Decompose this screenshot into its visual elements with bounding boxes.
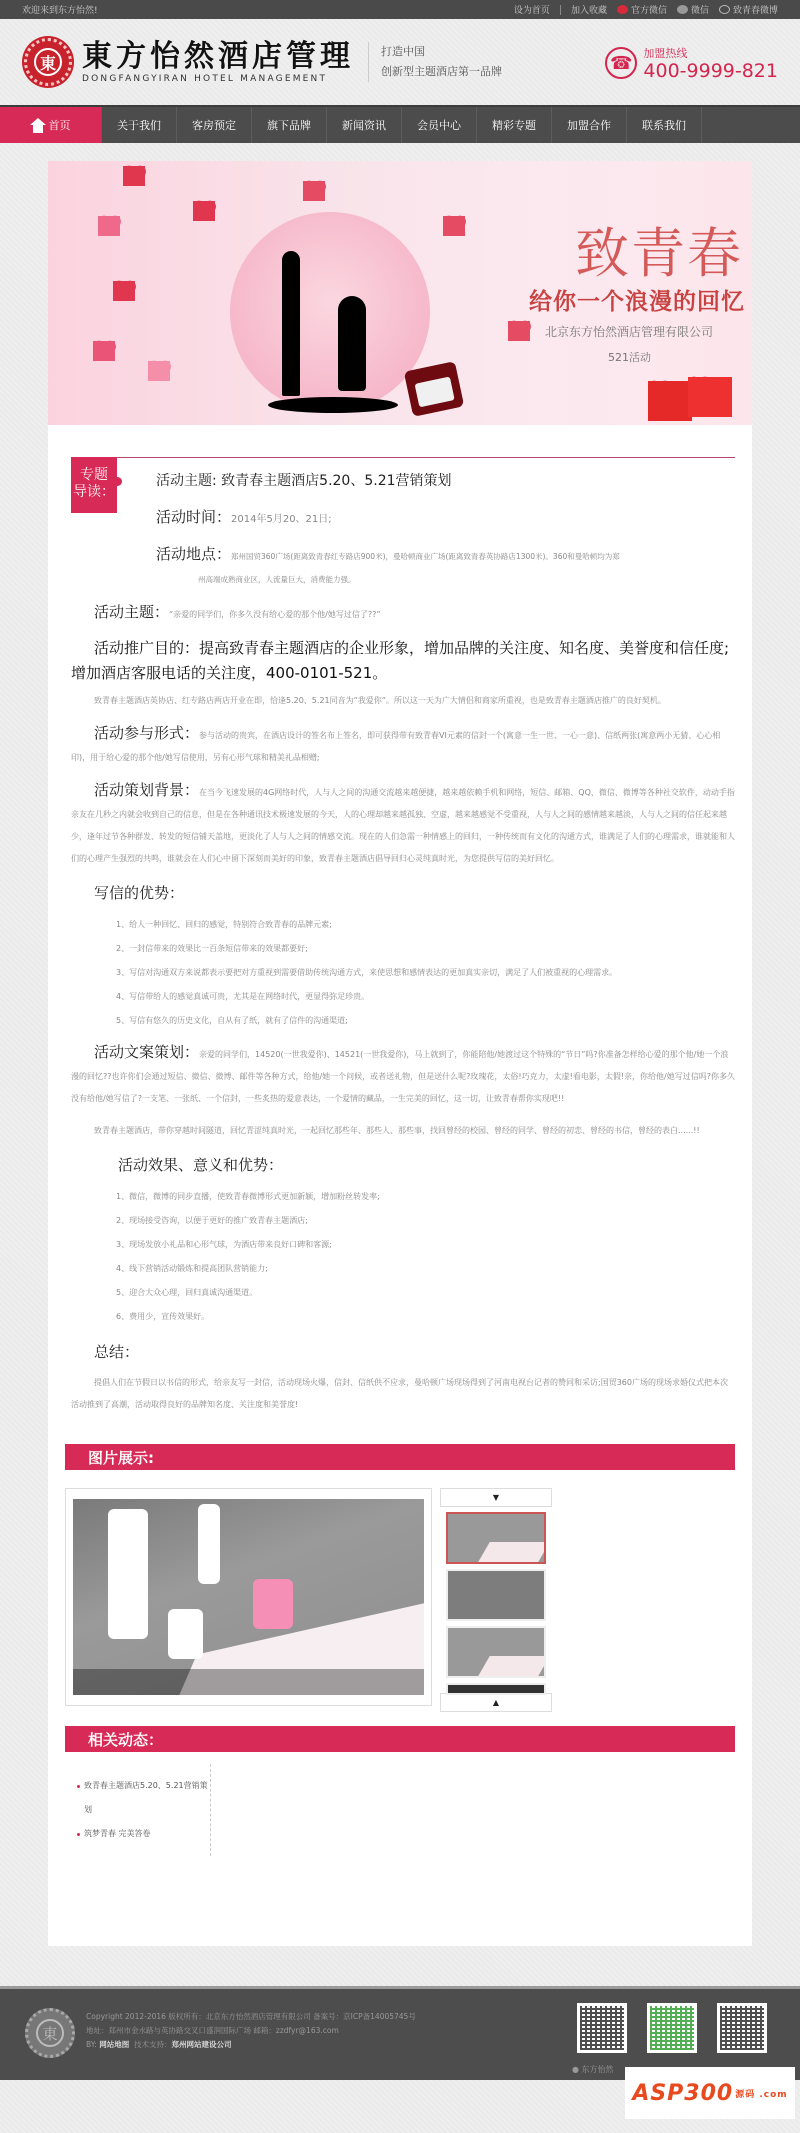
heart-icon: [648, 381, 692, 421]
heart-icon: [123, 166, 145, 186]
sitemap-link[interactable]: 网站地图: [99, 2040, 129, 2049]
background-section: 活动策划背景：在当今飞速发展的4G网络时代，人与人之间的沟通交流越来越便捷，越来…: [71, 779, 735, 870]
thumbnail[interactable]: [446, 1626, 546, 1678]
nav-home[interactable]: 首页: [0, 107, 102, 143]
weibo-icon: [719, 5, 730, 14]
nav-booking[interactable]: 客房预定: [177, 107, 252, 143]
purpose-heading: 活动推广目的：提高致青春主题酒店的企业形象，增加品牌的关注度、知名度、美誉度和信…: [71, 636, 735, 686]
related-news: 致青春主题酒店5.20、5.21营销策划 筑梦青春 完美答卷: [65, 1764, 735, 1946]
main-photo-frame: [65, 1488, 432, 1706]
home-icon: [31, 118, 45, 132]
list-item: 1、微信，微博的同步直播，使致青春微博形式更加新颖，增加粉丝转发率;: [116, 1185, 735, 1209]
banner-title: 致青春: [575, 211, 743, 288]
hotline-label: 加盟热线: [643, 45, 778, 61]
thumbnail[interactable]: [446, 1569, 546, 1621]
main-photo[interactable]: [73, 1499, 424, 1695]
hotline-number: 400-9999-821: [643, 61, 778, 81]
list-item: 2、一封信带来的效果比一百条短信带来的效果都要好;: [116, 937, 735, 961]
summary-heading: 总结：: [94, 1341, 735, 1362]
thumbnail[interactable]: [446, 1683, 546, 1695]
gallery-heading: 图片展示:: [65, 1444, 735, 1470]
thumbnail[interactable]: [446, 1512, 546, 1564]
heart-icon: [113, 281, 135, 301]
heart-icon: [688, 377, 732, 417]
woman-silhouette: [282, 251, 300, 396]
copy-paragraph: 致青春主题酒店，带你穿越时间隧道，回忆青涩纯真时光，一起回忆那些年、那些人、那些…: [71, 1120, 735, 1142]
heart-icon: [148, 361, 170, 381]
divider: [560, 5, 561, 15]
list-item: 4、写信带给人的感觉真诚可贵，尤其是在网络时代，更显得弥足珍贵。: [116, 985, 735, 1009]
wechat-link[interactable]: 微信: [677, 3, 709, 16]
top-bar: 欢迎来到东方怡然! 设为首页 加入收藏 官方微信 微信 致青春微博: [0, 0, 800, 19]
scroll-up-button[interactable]: ▲: [440, 1693, 552, 1712]
heart-icon: [443, 216, 465, 236]
weibo-red-icon: [617, 5, 628, 14]
heart-icon: [508, 321, 530, 341]
list-item: 2、现场接受咨询，以便于更好的推广致青春主题酒店;: [116, 1209, 735, 1233]
scroll-down-button[interactable]: ▼: [440, 1488, 552, 1507]
related-heading: 相关动态：: [65, 1726, 735, 1752]
event-place: 活动地点：郑州国贸360广场(距离致青春红专路店900米)，曼哈顿商业广场(距离…: [156, 543, 735, 568]
top-links: 设为首页 加入收藏 官方微信 微信 致青春微博: [514, 3, 778, 16]
list-item: 3、写信对沟通双方来说都表示要把对方重视到需要借助传统沟通方式，来使思想和感情表…: [116, 961, 735, 985]
site-footer: 東 Copyright 2012-2016 版权所有：北京东方怡然酒店管理有限公…: [0, 1986, 800, 2080]
wechat-icon: [677, 5, 688, 14]
main-content: 致青春 给你一个浪漫的回忆 北京东方怡然酒店管理有限公司 521活动 专题 导读…: [48, 161, 752, 1946]
phone-icon: ☎: [605, 47, 637, 79]
event-banner: 致青春 给你一个浪漫的回忆 北京东方怡然酒店管理有限公司 521活动: [48, 161, 752, 425]
banner-ground: [268, 397, 398, 413]
article: 专题 导读： 活动主题: 致青春主题酒店5.20、5.21营销策划 活动时间：2…: [48, 425, 752, 1946]
logo-english: DONGFANGYIRAN HOTEL MANAGEMENT: [82, 74, 354, 84]
copy-section: 活动文案策划：亲爱的同学们，14520(一世我爱你)、14521(一世我爱你)，…: [71, 1041, 735, 1110]
intro-block: 活动主题: 致青春主题酒店5.20、5.21营销策划 活动时间：2014年5月2…: [71, 458, 735, 568]
wechat-icon: ●: [572, 2065, 582, 2074]
footer-info: Copyright 2012-2016 版权所有：北京东方怡然酒店管理有限公司 …: [86, 2010, 416, 2052]
event-place-cont: 州高端成熟商业区，人流量巨大，消费能力强。: [71, 574, 735, 585]
welcome-text: 欢迎来到东方怡然!: [22, 3, 98, 16]
support-link[interactable]: 郑州网站建设公司: [172, 2040, 232, 2049]
heart-icon: [98, 216, 120, 236]
qr-code-weibo: [717, 2003, 767, 2053]
participation-section: 活动参与形式：参与活动的贵宾，在酒店设计的签名布上签名，即可获得带有致青春VI元…: [71, 722, 735, 769]
heart-icon: [193, 201, 215, 221]
nav-franchise[interactable]: 加盟合作: [552, 107, 627, 143]
heart-icon: [93, 341, 115, 361]
effects-list: 1、微信，微博的同步直播，使致青春微博形式更加新颖，增加粉丝转发率; 2、现场接…: [71, 1185, 735, 1329]
ring-box: [404, 361, 464, 417]
advantages-list: 1、给人一种回忆、回归的感觉，特别符合致青春的品牌元素; 2、一封信带来的效果比…: [71, 913, 735, 1033]
slogan: 打造中国 创新型主题酒店第一品牌: [368, 42, 502, 82]
nav-members[interactable]: 会员中心: [402, 107, 477, 143]
footer-emblem-icon: 東: [25, 2008, 75, 2058]
nav-contact[interactable]: 联系我们: [627, 107, 702, 143]
nav-news[interactable]: 新闻资讯: [327, 107, 402, 143]
logo-chinese: 東方怡然酒店管理: [82, 40, 354, 74]
address: 地址：郑州市金水路与英协路交叉口盛润国际广场 邮箱：zzdfyr@163.com: [86, 2024, 416, 2038]
nav-brands[interactable]: 旗下品牌: [252, 107, 327, 143]
intro-badge: 专题 导读：: [71, 457, 117, 513]
nav-topics[interactable]: 精彩专题: [477, 107, 552, 143]
official-weibo-link[interactable]: 官方微信: [617, 3, 667, 16]
caption-overlay: [73, 1669, 424, 1695]
banner-subtitle: 给你一个浪漫的回忆: [529, 283, 745, 316]
watermark-logo: ASP300源码 .com: [625, 2067, 795, 2119]
list-item: 6、费用少，宣传效果好。: [116, 1305, 735, 1329]
logo[interactable]: 東方怡然酒店管理 DONGFANGYIRAN HOTEL MANAGEMENT: [82, 40, 354, 84]
add-favorite-link[interactable]: 加入收藏: [571, 3, 607, 16]
qr-code-wechat: [577, 2003, 627, 2053]
heart-icon: [303, 181, 325, 201]
effects-heading: 活动效果、意义和优势：: [118, 1154, 735, 1175]
banner-moon: [230, 212, 430, 412]
list-item: 5、迎合大众心理，回归真诚沟通渠道。: [116, 1281, 735, 1305]
article-headline: 活动主题: 致青春主题酒店5.20、5.21营销策划: [156, 470, 735, 490]
hotline: ☎ 加盟热线 400-9999-821: [605, 45, 778, 81]
banner-company: 北京东方怡然酒店管理有限公司: [545, 323, 713, 340]
advantages-heading: 写信的优势：: [94, 882, 735, 903]
main-nav: 首页 关于我们 客房预定 旗下品牌 新闻资讯 会员中心 精彩专题 加盟合作 联系…: [0, 105, 800, 143]
copyright: Copyright 2012-2016 版权所有：北京东方怡然酒店管理有限公司 …: [86, 2010, 416, 2024]
qr-code-green: [647, 2003, 697, 2053]
list-item: 5、写信有悠久的历史文化，自从有了纸，就有了信件的沟通渠道;: [116, 1009, 735, 1033]
set-homepage-link[interactable]: 设为首页: [514, 3, 550, 16]
summary-paragraph: 提倡人们在节假日以书信的形式，给亲友写一封信，活动现场火爆，信封、信纸供不应求，…: [71, 1372, 735, 1416]
thumbnail-strip: ▼ ▲: [440, 1488, 552, 1712]
list-item: 1、给人一种回忆、回归的感觉，特别符合致青春的品牌元素;: [116, 913, 735, 937]
theme-section: 活动主题：“亲爱的同学们，你多久没有给心爱的那个他/她写过信了??”: [71, 601, 735, 626]
list-item: 4、线下营销活动锻炼和提高团队营销能力;: [116, 1257, 735, 1281]
banner-event: 521活动: [608, 349, 651, 365]
nav-about[interactable]: 关于我们: [102, 107, 177, 143]
qr-caption: ● 东方怡然: [572, 2064, 614, 2075]
related-link[interactable]: 致青春主题酒店5.20、5.21营销策划: [77, 1774, 210, 1822]
logo-emblem-icon[interactable]: 東: [24, 38, 72, 86]
event-time: 活动时间：2014年5月20、21日;: [156, 506, 735, 531]
list-item: 3、现场发放小礼品和心形气球，为酒店带来良好口碑和客源;: [116, 1233, 735, 1257]
site-header: 東 東方怡然酒店管理 DONGFANGYIRAN HOTEL MANAGEMEN…: [0, 19, 800, 105]
photo-gallery: ▼ ▲: [65, 1488, 735, 1712]
related-link[interactable]: 筑梦青春 完美答卷: [77, 1822, 210, 1846]
man-silhouette: [338, 296, 366, 391]
purpose-paragraph: 致青春主题酒店英协店、红专路店两店开业在即，恰逢5.20、5.21同音为“我爱你…: [71, 690, 735, 712]
youth-weibo-link[interactable]: 致青春微博: [719, 3, 778, 16]
